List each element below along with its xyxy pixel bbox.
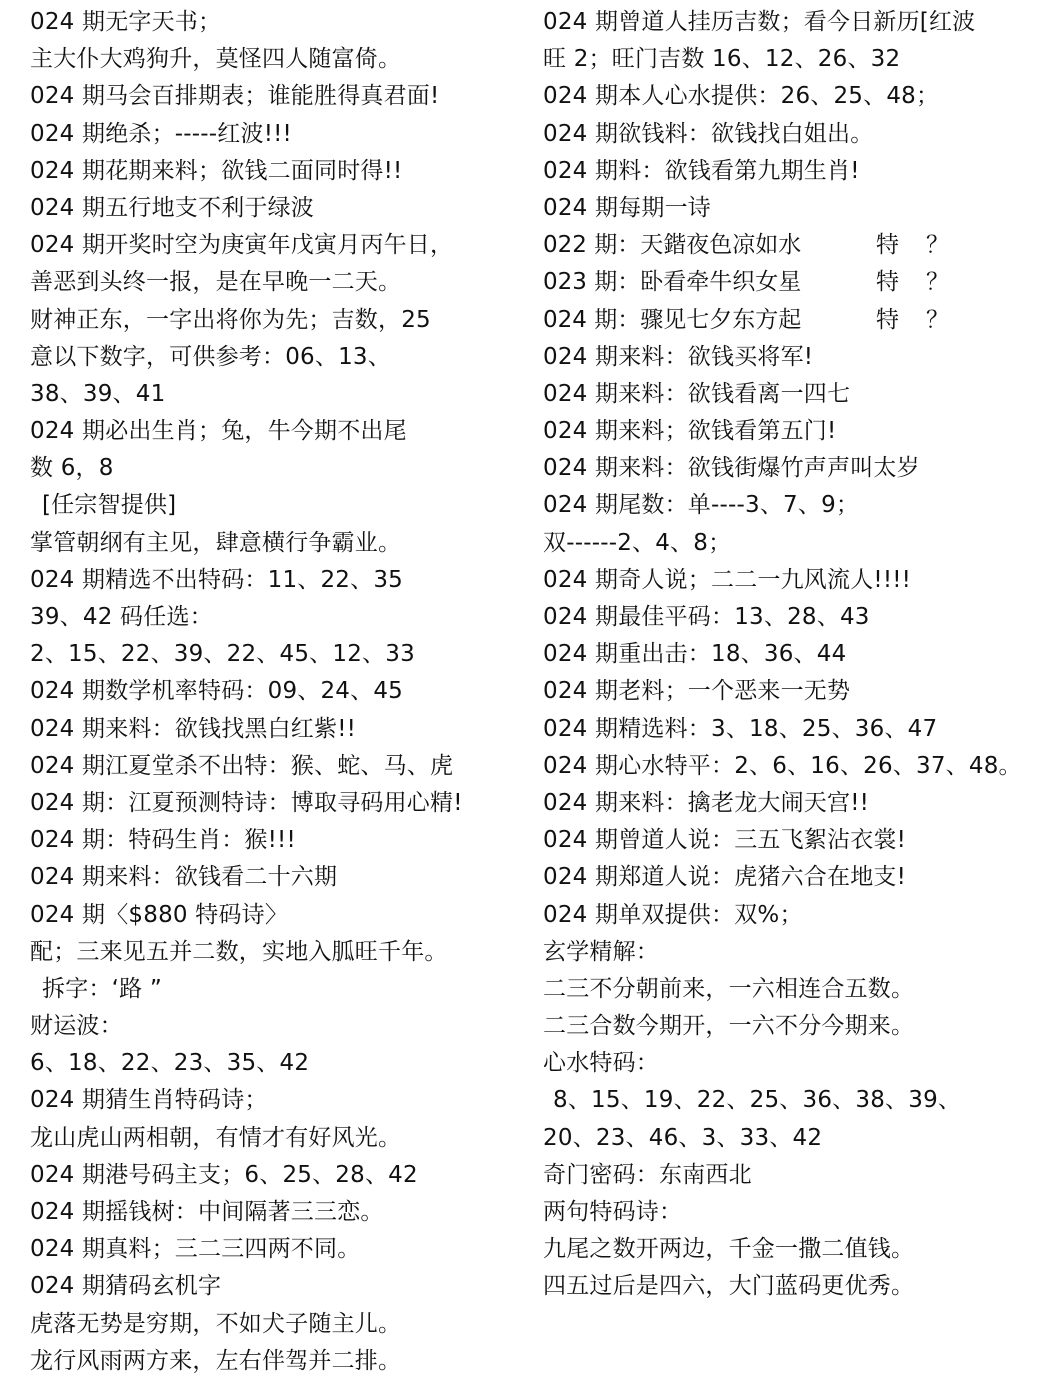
text-line: 意以下数字，可供参考：06、13、: [30, 339, 520, 376]
poem-row: 023 期：卧看牵牛织女星 特 ？: [543, 264, 1041, 301]
text-line: 024 期郑道人说：虎猪六合在地支!: [543, 859, 1041, 896]
text-line: 024 期曾道人说：三五飞絮沾衣裳!: [543, 822, 1041, 859]
poem-line: 024 期：骤见七夕东方起: [543, 302, 876, 339]
text-line: 024 期本人心水提供：26、25、48；: [543, 78, 1041, 115]
text-line: 024 期单双提供：双%；: [543, 897, 1041, 934]
text-line: 024 期精选不出特码：11、22、35: [30, 562, 520, 599]
special-label: 特: [876, 302, 926, 339]
text-line: 九尾之数开两边，千金一撒二值钱。: [543, 1231, 1041, 1268]
text-line: 024 期来料：欲钱找黑白红紫!!: [30, 711, 520, 748]
text-line: 龙行风雨两方来，左右伴驾并二排。: [30, 1343, 520, 1380]
poem-row: 022 期：天鍇夜色凉如水 特 ？: [543, 227, 1041, 264]
text-line: 024 期曾道人挂历吉数；看今日新历[红波: [543, 4, 1041, 41]
text-line: 数 6，8: [30, 450, 520, 487]
text-line: 024 期马会百排期表；谁能胜得真君面!: [30, 78, 520, 115]
text-line: 024 期来料：欲钱看二十六期: [30, 859, 520, 896]
text-line: 龙山虎山两相朝，有情才有好风光。: [30, 1120, 520, 1157]
text-line: 024 期真料；三二三四两不同。: [30, 1231, 520, 1268]
text-line: 掌管朝纲有主见，肆意横行争霸业。: [30, 525, 520, 562]
text-line: 024 期：特码生肖：猴!!!: [30, 822, 520, 859]
text-line: 024 期来料：欲钱买将军!: [543, 339, 1041, 376]
text-line: 8、15、19、22、25、36、38、39、: [543, 1082, 1041, 1119]
text-line: 024 期欲钱料：欲钱找白姐出。: [543, 116, 1041, 153]
right-column: 024 期曾道人挂历吉数；看今日新历[红波 旺 2；旺门吉数 16、12、26、…: [543, 4, 1041, 1306]
poem-line: 023 期：卧看牵牛织女星: [543, 264, 876, 301]
text-line: 奇门密码：东南西北: [543, 1157, 1041, 1194]
text-line: 财运波：: [30, 1008, 520, 1045]
text-line: 024 期尾数：单----3、7、9；: [543, 487, 1041, 524]
text-line: 二三不分朝前来，一六相连合五数。: [543, 971, 1041, 1008]
unknown-answer: ？: [926, 227, 966, 264]
text-line: 024 期奇人说；二二一九风流人!!!!: [543, 562, 1041, 599]
text-line: 2、15、22、39、22、45、12、33: [30, 636, 520, 673]
text-line: 024 期无字天书；: [30, 4, 520, 41]
text-line: 虎落无势是穷期，不如犬子随主儿。: [30, 1306, 520, 1343]
text-line: 024 期数学机率特码：09、24、45: [30, 673, 520, 710]
poem-line: 022 期：天鍇夜色凉如水: [543, 227, 876, 264]
text-line: 善恶到头终一报，是在早晚一二天。: [30, 264, 520, 301]
document-page: 024 期无字天书； 主大仆大鸡狗升，莫怪四人随富倚。 024 期马会百排期表；…: [0, 0, 1041, 1388]
section-heading: 两句特码诗：: [543, 1194, 1041, 1231]
text-line: 主大仆大鸡狗升，莫怪四人随富倚。: [30, 41, 520, 78]
text-line: 024 期料：欲钱看第九期生肖!: [543, 153, 1041, 190]
text-line: 024 期摇钱树：中间隔著三三恋。: [30, 1194, 520, 1231]
text-line: 财神正东，一字出将你为先；吉数，25: [30, 302, 520, 339]
text-line: 024 期猜生肖特码诗；: [30, 1082, 520, 1119]
text-line: 024 期港号码主支；6、25、28、42: [30, 1157, 520, 1194]
left-column: 024 期无字天书； 主大仆大鸡狗升，莫怪四人随富倚。 024 期马会百排期表；…: [30, 4, 520, 1380]
text-line: 双------2、4、8；: [543, 525, 1041, 562]
text-line: 024 期江夏堂杀不出特：猴、蛇、马、虎: [30, 748, 520, 785]
text-line: 38、39、41: [30, 376, 520, 413]
unknown-answer: ？: [926, 302, 966, 339]
text-line: 024 期猜码玄机字: [30, 1268, 520, 1305]
text-line: 024 期来料：欲钱街爆竹声声叫太岁: [543, 450, 1041, 487]
text-line: 024 期老料；一个恶来一无势: [543, 673, 1041, 710]
text-line: 20、23、46、3、33、42: [543, 1120, 1041, 1157]
special-label: 特: [876, 264, 926, 301]
text-line: 024 期绝杀；-----红波!!!: [30, 116, 520, 153]
text-line: 6、18、22、23、35、42: [30, 1045, 520, 1082]
text-line: 二三合数今期开，一六不分今期来。: [543, 1008, 1041, 1045]
text-line: 024 期〈$880 特码诗〉: [30, 897, 520, 934]
text-line: 024 期来料；欲钱看第五门!: [543, 413, 1041, 450]
text-line: 024 期每期一诗: [543, 190, 1041, 227]
text-line: 拆字：‘路 ”: [30, 971, 520, 1008]
text-line: 旺 2；旺门吉数 16、12、26、32: [543, 41, 1041, 78]
unknown-answer: ？: [926, 264, 966, 301]
text-line: 024 期花期来料；欲钱二面同时得!!: [30, 153, 520, 190]
text-line: 024 期心水特平：2、6、16、26、37、48。: [543, 748, 1041, 785]
text-line: 024 期：江夏预测特诗：博取寻码用心精!: [30, 785, 520, 822]
section-heading: 心水特码：: [543, 1045, 1041, 1082]
text-line: 配；三来见五并二数，实地入胍旺千年。: [30, 934, 520, 971]
text-line: 024 期来料：欲钱看离一四七: [543, 376, 1041, 413]
text-line: 024 期精选料：3、18、25、36、47: [543, 711, 1041, 748]
text-line: 024 期来料：擒老龙大闹天宫!!: [543, 785, 1041, 822]
text-line: 024 期五行地支不利于绿波: [30, 190, 520, 227]
text-line: 024 期最佳平码：13、28、43: [543, 599, 1041, 636]
special-label: 特: [876, 227, 926, 264]
text-line: 四五过后是四六，大门蓝码更优秀。: [543, 1268, 1041, 1305]
text-line: 024 期重出击：18、36、44: [543, 636, 1041, 673]
section-heading: 玄学精解：: [543, 934, 1041, 971]
poem-row: 024 期：骤见七夕东方起 特 ？: [543, 302, 1041, 339]
text-line: 024 期必出生肖；兔，牛今期不出尾: [30, 413, 520, 450]
text-line: 39、42 码任选：: [30, 599, 520, 636]
provider-credit: [任宗智提供]: [30, 487, 520, 524]
text-line: 024 期开奖时空为庚寅年戊寅月丙午日，: [30, 227, 520, 264]
